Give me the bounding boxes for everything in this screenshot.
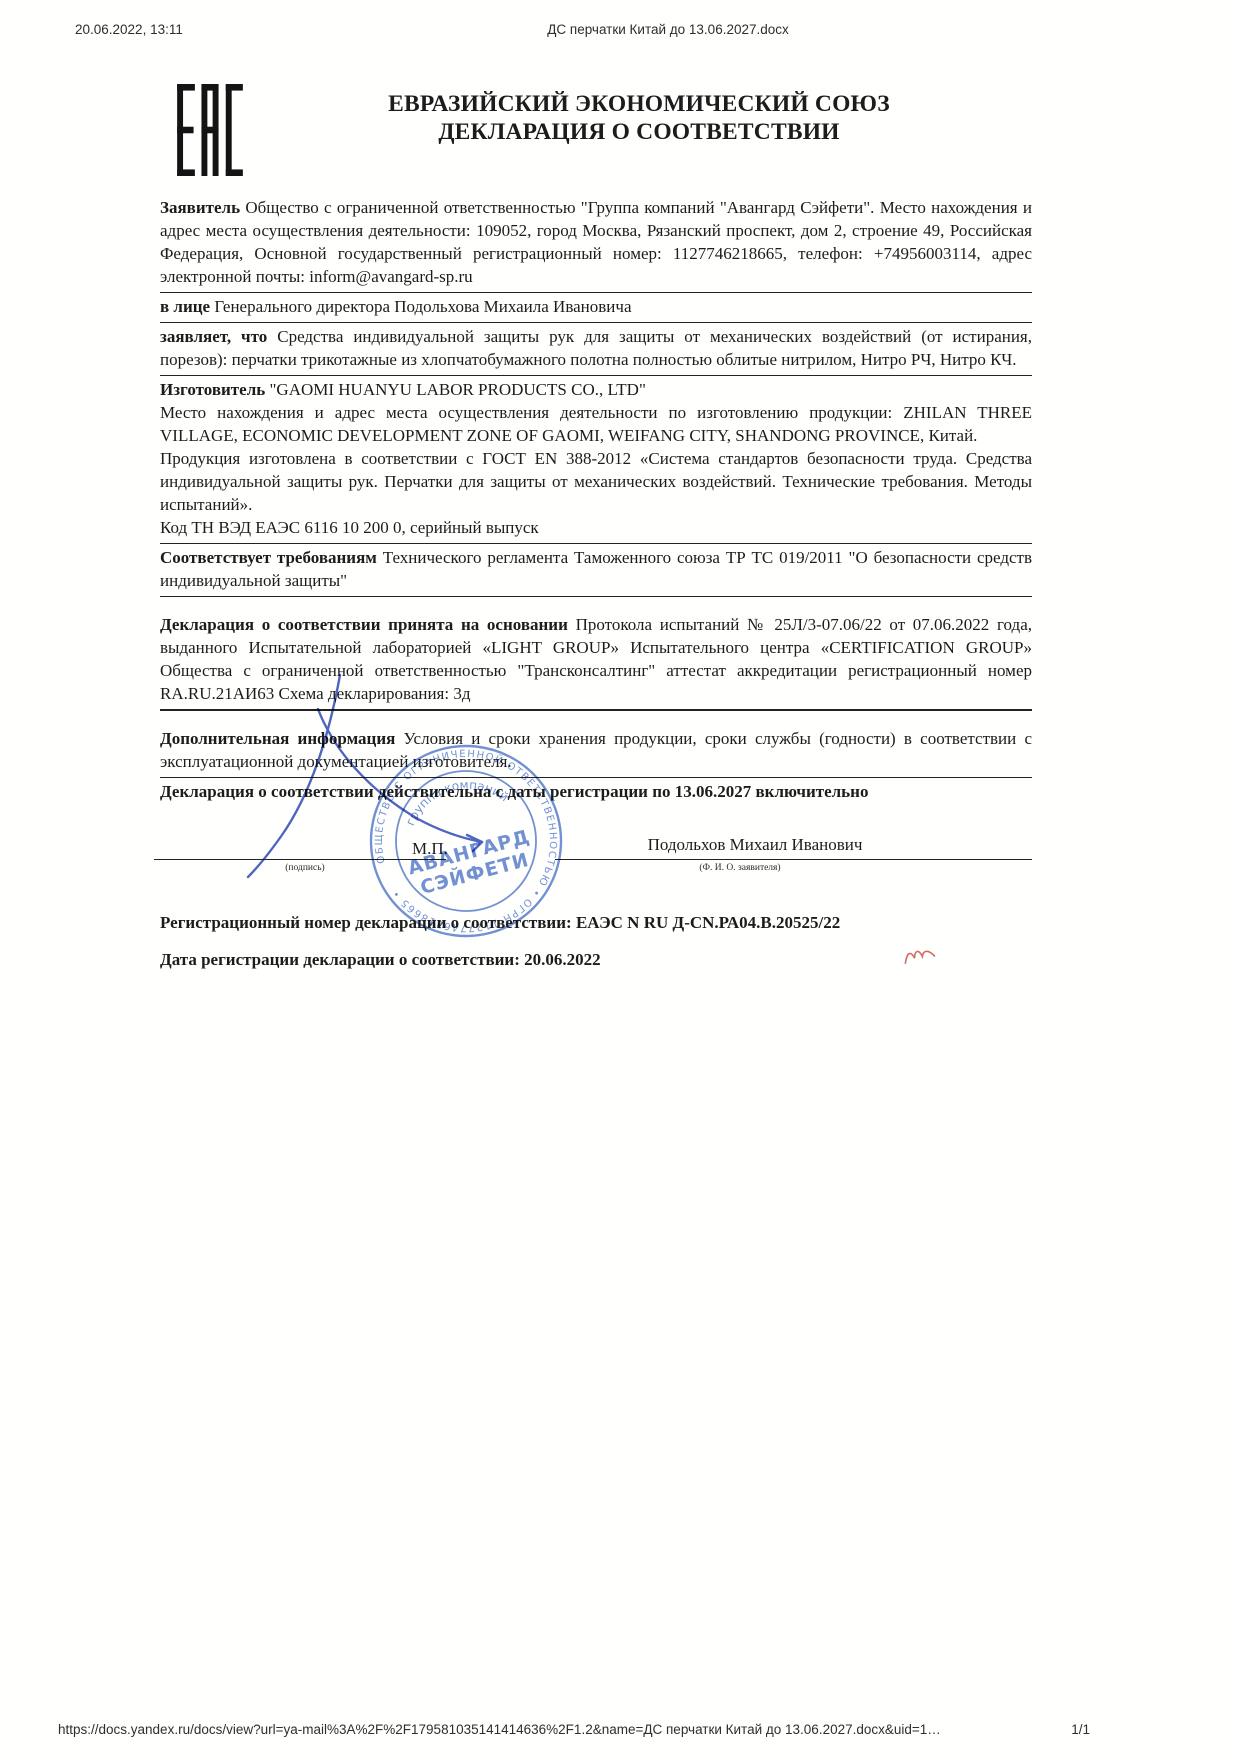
manufacturer-name: "GAOMI HUANYU LABOR PRODUCTS CO., LTD": [269, 380, 645, 399]
print-datetime: 20.06.2022, 13:11: [75, 22, 183, 37]
signature-area: М.П. (подпись) Подольхов Михаил Иванович…: [160, 817, 1032, 903]
scanned-declaration-page: 20.06.2022, 13:11 ДС перчатки Китай до 1…: [0, 0, 1240, 1753]
additional-info-section: Дополнительная информация Условия и срок…: [160, 725, 1032, 778]
registration-date-value: 20.06.2022: [524, 950, 601, 969]
registration-number-label: Регистрационный номер декларации о соотв…: [160, 913, 572, 932]
doc-title-line2: ДЕКЛАРАЦИЯ О СООТВЕТСТВИИ: [246, 118, 1032, 146]
manufacturer-section: Изготовитель "GAOMI HUANYU LABOR PRODUCT…: [160, 376, 1032, 544]
basis-paragraph: Декларация о соответствии принята на осн…: [160, 613, 1032, 705]
masthead: ЕВРАЗИЙСКИЙ ЭКОНОМИЧЕСКИЙ СОЮЗ ДЕКЛАРАЦИ…: [160, 84, 1032, 176]
print-footer: https://docs.yandex.ru/docs/view?url=ya-…: [0, 1719, 1240, 1737]
name-line: [555, 859, 1032, 860]
declares-paragraph: заявляет, что Средства индивидуальной за…: [160, 325, 1032, 371]
eac-logo-icon: [174, 84, 246, 176]
compliance-paragraph: Соответствует требованиям Технического р…: [160, 546, 1032, 592]
page-indicator: 1/1: [1071, 1722, 1090, 1737]
basis-section: Декларация о соответствии принята на осн…: [160, 611, 1032, 711]
registration-block: Регистрационный номер декларации о соотв…: [160, 911, 1032, 971]
applicant-text: Общество с ограниченной ответственностью…: [160, 198, 1032, 286]
validity-section: Декларация о соответствии действительна …: [160, 778, 1032, 807]
registration-number-value: ЕАЭС N RU Д-CN.РА04.В.20525/22: [576, 913, 840, 932]
document-body: ЕВРАЗИЙСКИЙ ЭКОНОМИЧЕСКИЙ СОЮЗ ДЕКЛАРАЦИ…: [160, 84, 1032, 971]
doc-title-line1: ЕВРАЗИЙСКИЙ ЭКОНОМИЧЕСКИЙ СОЮЗ: [246, 90, 1032, 118]
registration-number-line: Регистрационный номер декларации о соотв…: [160, 911, 1032, 934]
registration-date-label: Дата регистрации декларации о соответств…: [160, 950, 520, 969]
additional-info-label: Дополнительная информация: [160, 729, 395, 748]
name-caption: (Ф. И. О. заявителя): [640, 863, 840, 873]
document-filename: ДС перчатки Китай до 13.06.2027.docx: [547, 22, 789, 37]
manufacturer-address: Место нахождения и адрес места осуществл…: [160, 401, 1032, 447]
print-header: 20.06.2022, 13:11 ДС перчатки Китай до 1…: [0, 22, 1240, 40]
applicant-fullname: Подольхов Михаил Иванович: [535, 835, 975, 855]
representative-paragraph: в лице Генерального директора Подольхова…: [160, 295, 1032, 318]
signature-caption: (подпись): [220, 863, 390, 873]
representative-text: Генерального директора Подольхова Михаил…: [214, 297, 631, 316]
tnved-code: Код ТН ВЭД ЕАЭС 6116 10 200 0, серийный …: [160, 516, 1032, 539]
manufacturer-label: Изготовитель: [160, 380, 265, 399]
compliance-section: Соответствует требованиям Технического р…: [160, 544, 1032, 597]
doc-title: ЕВРАЗИЙСКИЙ ЭКОНОМИЧЕСКИЙ СОЮЗ ДЕКЛАРАЦИ…: [246, 84, 1032, 176]
compliance-label: Соответствует требованиям: [160, 548, 377, 567]
additional-info-paragraph: Дополнительная информация Условия и срок…: [160, 727, 1032, 773]
manufacturer-paragraph: Изготовитель "GAOMI HUANYU LABOR PRODUCT…: [160, 378, 1032, 401]
representative-label: в лице: [160, 297, 210, 316]
applicant-paragraph: Заявитель Общество с ограниченной ответс…: [160, 196, 1032, 288]
validity-statement: Декларация о соответствии действительна …: [160, 780, 1032, 803]
applicant-section: Заявитель Общество с ограниченной ответс…: [160, 194, 1032, 293]
declares-label: заявляет, что: [160, 327, 267, 346]
representative-section: в лице Генерального директора Подольхова…: [160, 293, 1032, 323]
production-standard: Продукция изготовлена в соответствии с Г…: [160, 447, 1032, 516]
basis-label: Декларация о соответствии принята на осн…: [160, 615, 568, 634]
declaration-subject-section: заявляет, что Средства индивидуальной за…: [160, 323, 1032, 376]
footer-url: https://docs.yandex.ru/docs/view?url=ya-…: [58, 1722, 941, 1737]
declares-text: Средства индивидуальной защиты рук для з…: [160, 327, 1032, 369]
applicant-label: Заявитель: [160, 198, 240, 217]
